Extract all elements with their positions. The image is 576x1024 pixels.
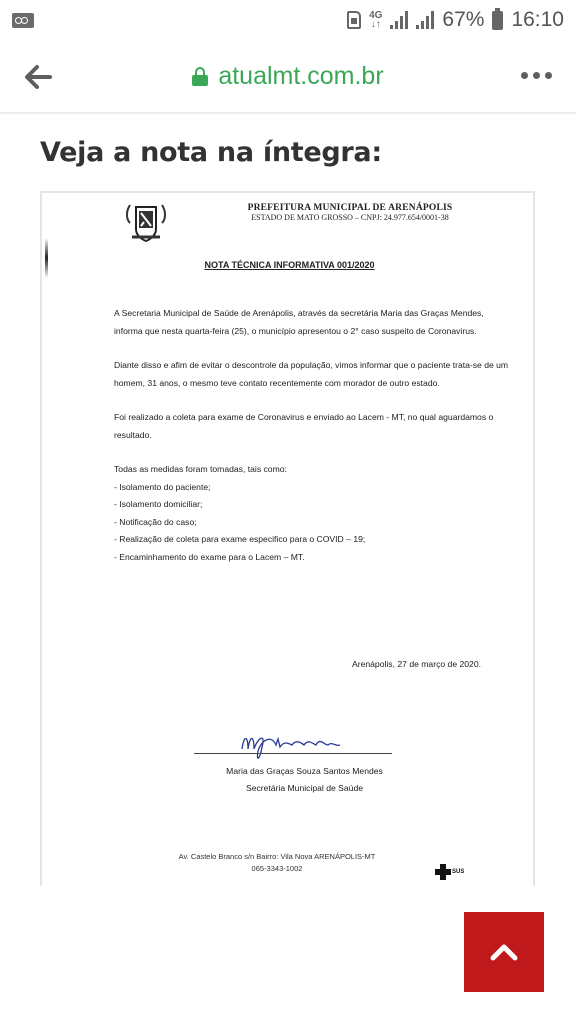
url-text[interactable]: atualmt.com.br [218, 62, 383, 91]
list-item: - Encaminhamento do exame para o Lacem –… [114, 549, 514, 567]
paragraph: Diante disso e afim de evitar o descontr… [114, 357, 514, 392]
article-heading: Veja a nota na íntegra: [40, 137, 382, 168]
list-item: - Isolamento domiciliar; [114, 496, 514, 514]
signer-name: Maria das Graças Souza Santos Mendes [72, 763, 535, 780]
status-indicators: 4G↓↑ 67% 16:10 [347, 8, 564, 32]
back-button[interactable] [22, 62, 54, 92]
status-bar: 4G↓↑ 67% 16:10 [0, 0, 576, 40]
url-bar: atualmt.com.br [0, 40, 576, 114]
list-intro: Todas as medidas foram tomadas, tais com… [114, 461, 514, 479]
document-image[interactable]: PREFEITURA MUNICIPAL DE ARENÁPOLIS ESTAD… [40, 191, 535, 886]
municipal-crest-icon [124, 201, 168, 245]
lock-icon [192, 67, 208, 86]
chevron-up-icon [488, 941, 520, 963]
more-horizontal-icon [521, 72, 528, 79]
sus-logo: SUS [435, 864, 464, 880]
signer-block: Maria das Graças Souza Santos Mendes Sec… [42, 763, 535, 797]
signer-role: Secretária Municipal de Saúde [72, 780, 535, 797]
signal-icon [416, 11, 434, 29]
document-title: NOTA TÉCNICA INFORMATIVA 001/2020 [42, 260, 535, 270]
voicemail-icon [12, 13, 34, 28]
arrow-left-icon [22, 62, 54, 92]
sim-icon [347, 11, 361, 29]
scroll-to-top-button[interactable] [464, 912, 544, 992]
document-body: A Secretaria Municipal de Saúde de Arená… [114, 305, 514, 566]
battery-percent: 67% [442, 8, 484, 32]
measures-list: Todas as medidas foram tomadas, tais com… [114, 461, 514, 566]
signal-icon [390, 11, 408, 29]
clock: 16:10 [511, 8, 564, 32]
document-date: Arenápolis, 27 de março de 2020. [352, 659, 481, 669]
document-header: PREFEITURA MUNICIPAL DE ARENÁPOLIS ESTAD… [220, 203, 480, 222]
list-item: - Realização de coleta para exame especi… [114, 531, 514, 549]
more-options-button[interactable] [521, 72, 552, 79]
footer-address: Av. Castelo Branco s/n Bairro: Vila Nova… [42, 851, 512, 863]
address-field[interactable]: atualmt.com.br [192, 62, 383, 91]
list-item: - Isolamento do paciente; [114, 479, 514, 497]
list-item: - Notificação do caso; [114, 514, 514, 532]
scan-shadow [45, 238, 48, 278]
paragraph: Foi realizado a coleta para exame de Cor… [114, 409, 514, 444]
signature-line [194, 753, 392, 754]
signature [232, 725, 352, 765]
paragraph: A Secretaria Municipal de Saúde de Arená… [114, 305, 514, 340]
network-type: 4G↓↑ [369, 11, 382, 29]
cross-icon [435, 864, 451, 880]
battery-icon [492, 11, 503, 30]
